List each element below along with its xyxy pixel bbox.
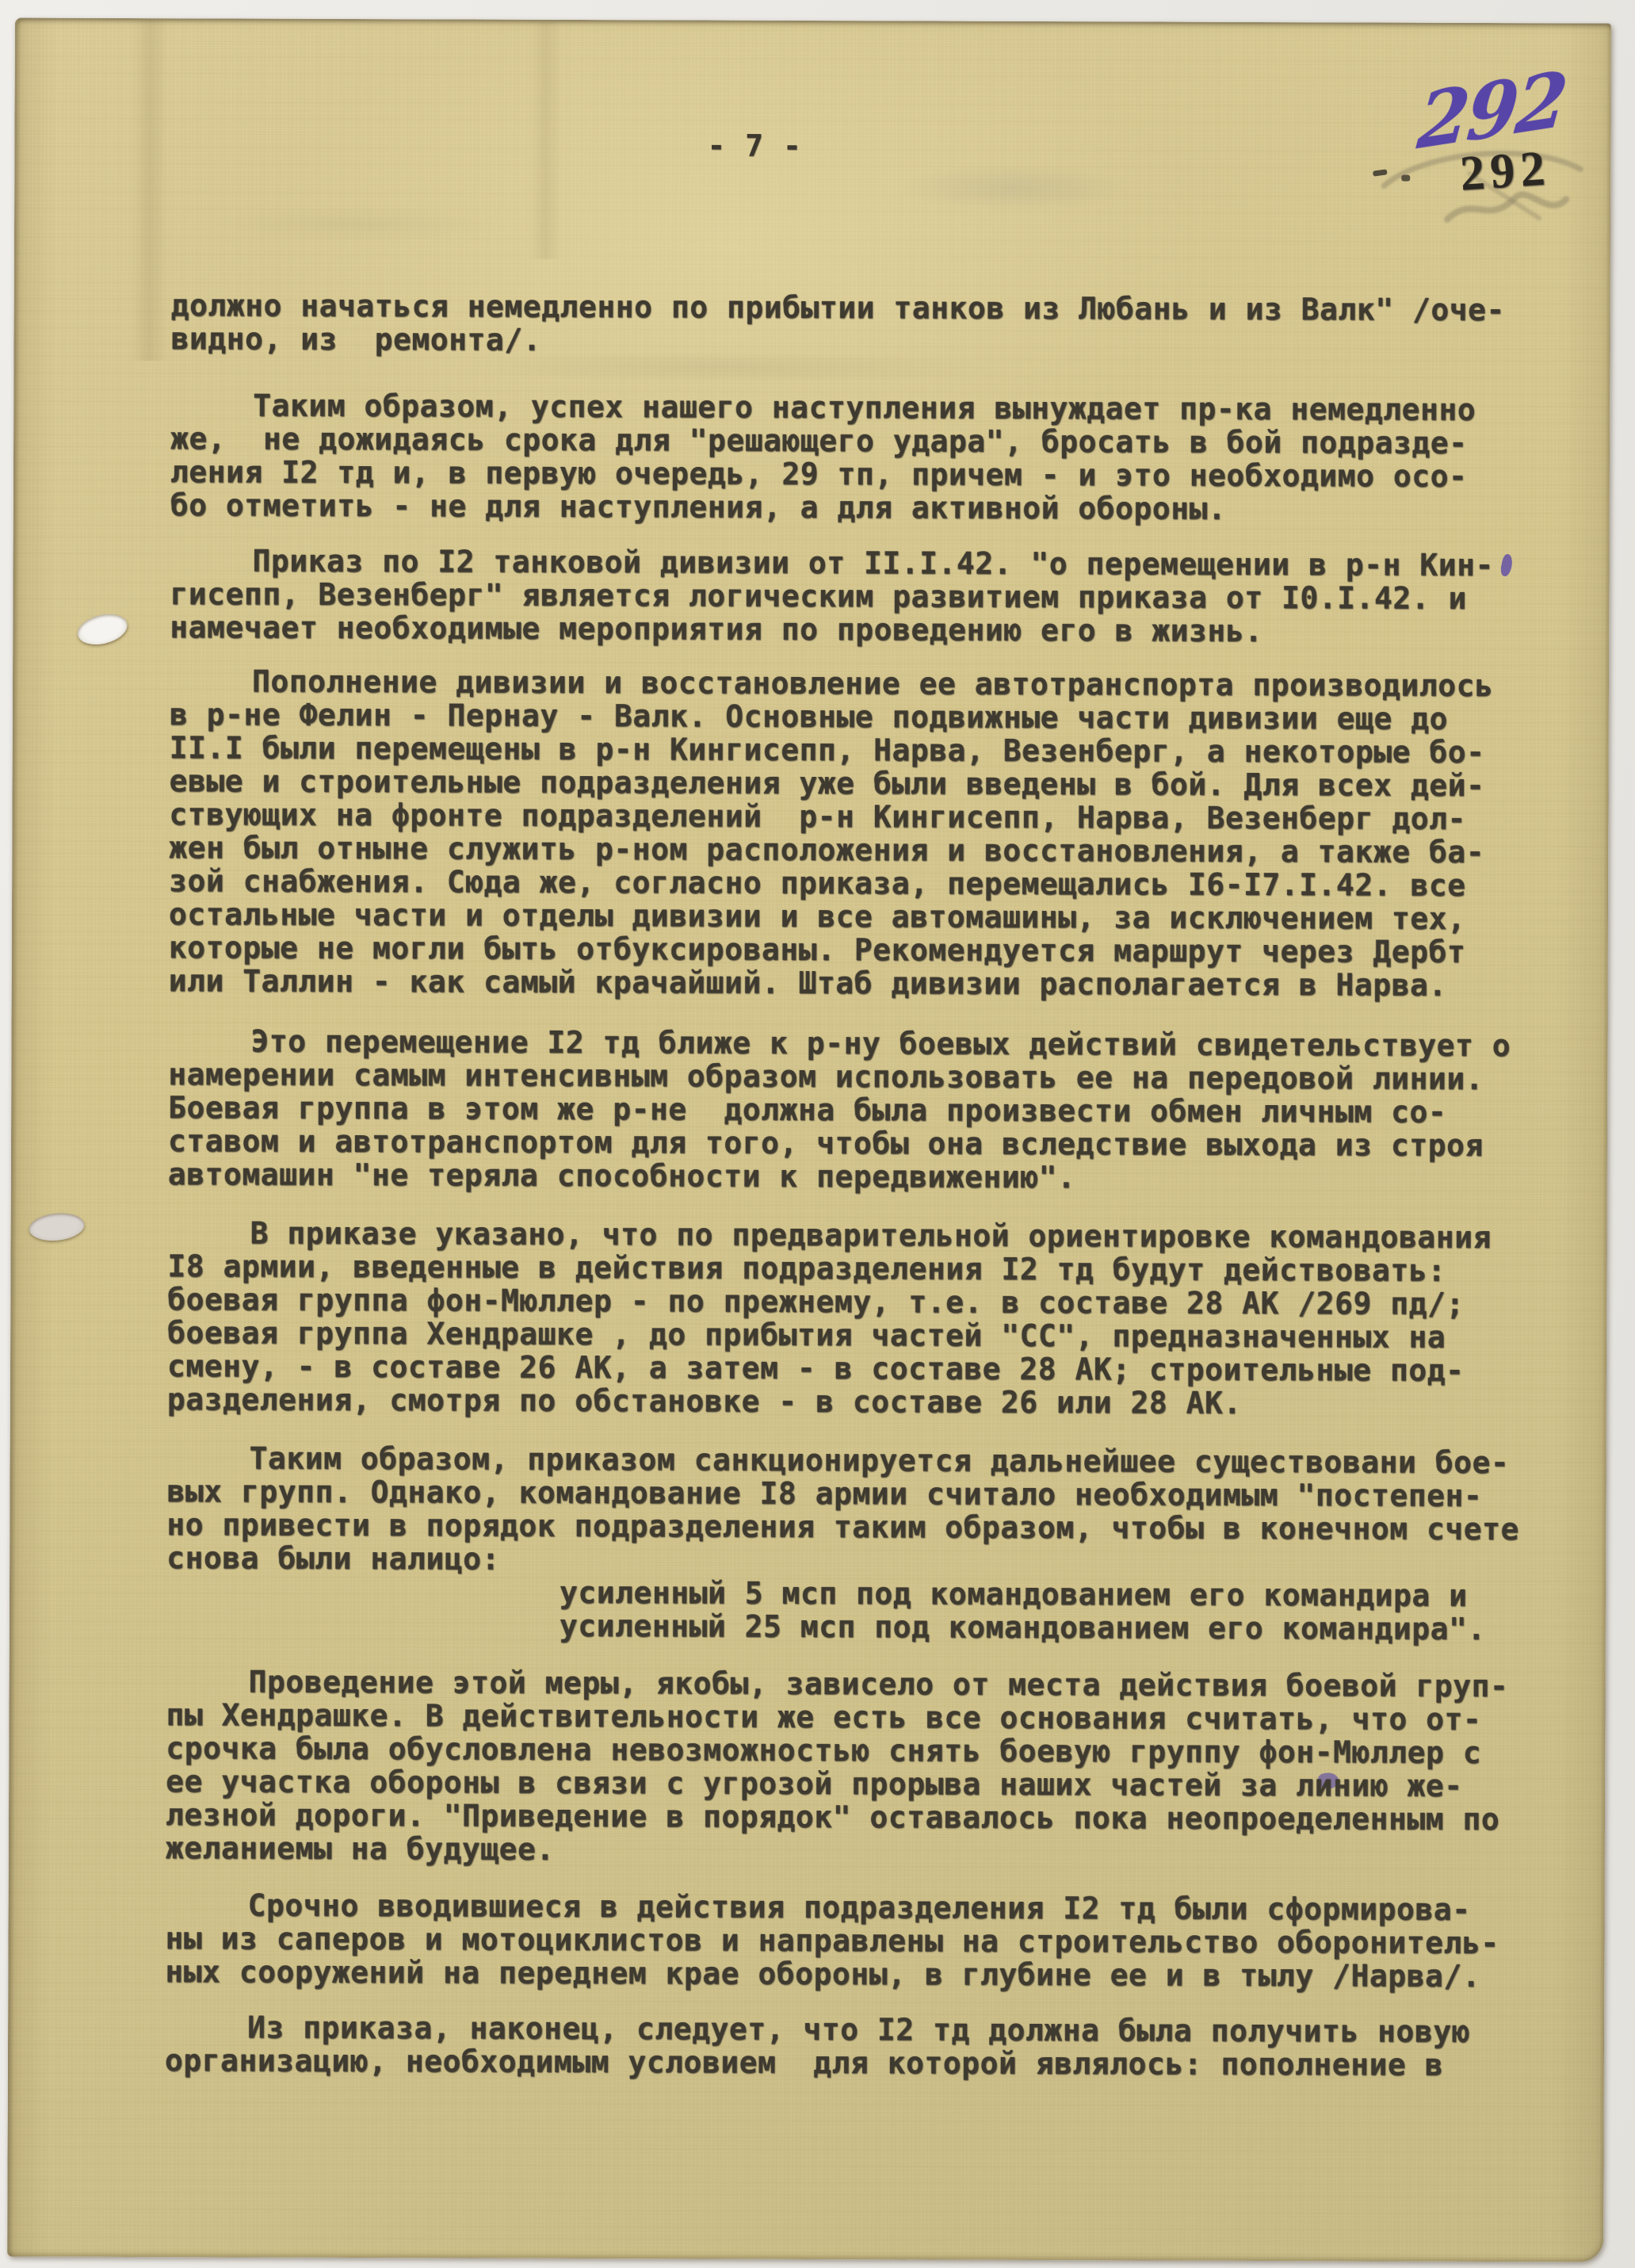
paragraph: Приказ по I2 танковой дивизии от II.I.42… [170,543,1572,648]
text-line: в р-не Фелин - Пернау - Валк. Основные п… [170,697,1572,735]
text-line: ны из саперов и мотоциклистов и направле… [165,1921,1568,1959]
text-line: жен был отныне служить р-ном расположени… [169,830,1572,868]
text-line: Боевая группа в этом же р-не должна была… [168,1090,1571,1128]
document-text: должно начаться немедленно по прибытии т… [172,20,1575,25]
paragraph: Таким образом, успех нашего наступления … [170,388,1574,526]
paragraph: Таким образом, приказом санкционируется … [166,1440,1570,1578]
text-line: ствующих на фронте подразделений р-н Кин… [169,797,1572,835]
text-line: Таким образом, приказом санкционируется … [167,1440,1570,1478]
ink-smudge [896,163,1133,212]
text-line: или Таллин - как самый крачайший. Штаб д… [169,963,1572,1001]
paragraph: Из приказа, наконец, следует, что I2 тд … [165,2010,1568,2081]
text-line: смену, - в составе 26 АК, а затем - в со… [167,1348,1570,1386]
text-line: евые и строительные подразделения уже бы… [170,763,1572,801]
text-line: гисепп, Везенберг" является логическим р… [170,576,1572,614]
paragraph: Проведение этой меры, якобы, зависело от… [166,1664,1569,1868]
text-line: Пополнение дивизии и восстановление ее а… [170,664,1572,702]
paragraph: Это перемещение I2 тд ближе к р-ну боевы… [168,1023,1572,1195]
text-line: Из приказа, наконец, следует, что I2 тд … [165,2010,1568,2048]
ink-smudge [214,206,499,242]
stamped-page-number: 292 [1458,140,1552,202]
text-line: же, не дожидаясь срока для "решающего уд… [170,421,1573,459]
text-line: Проведение этой меры, якобы, зависело от… [166,1664,1569,1702]
text-line: Это перемещение I2 тд ближе к р-ну боевы… [168,1023,1571,1061]
paragraph: Пополнение дивизии и восстановление ее а… [169,664,1572,1001]
text-line: I8 армии, введенные в действия подраздел… [167,1249,1570,1287]
text-line: остальные части и отделы дивизии и все а… [169,897,1572,935]
text-line: которые не могли быть отбуксированы. Рек… [169,930,1572,968]
text-line: боевая группа Хендрашке , до прибытия ча… [167,1315,1570,1353]
text-line: Срочно вводившиеся в действия подразделе… [166,1887,1568,1926]
text-line: В приказе указано, что по предварительно… [168,1215,1571,1253]
text-line: но привести в порядок подразделения таки… [166,1507,1569,1545]
text-line: ных сооружений на переднем крае обороны,… [165,1954,1568,1992]
text-line: ставом и автотранспортом для того, чтобы… [168,1123,1571,1161]
text-line: боевая группа фон-Мюллер - по прежнему, … [167,1282,1570,1320]
text-line: зой снабжения. Сюда же, согласно приказа… [169,863,1572,901]
text-line: ления I2 тд и, в первую очередь, 29 тп, … [170,454,1573,492]
page-number: - 7 - [707,128,802,162]
text-line: ее участка обороны в связи с угрозой про… [166,1764,1568,1802]
ink-dot-mark [1401,175,1410,182]
text-line: II.I были перемещены в р-н Кингисепп, На… [170,730,1572,768]
text-line: вых групп. Однако, командование I8 армии… [166,1474,1569,1512]
paragraph-inset-quote: усиленный 5 мсп под командованием его ко… [560,1575,1635,1646]
punch-hole-bottom [28,1210,86,1243]
paragraph: Срочно вводившиеся в действия подразделе… [165,1887,1568,1992]
paragraph: должно начаться немедленно по прибытии т… [170,288,1573,359]
document-page: - 7 - 292 292 должно начаться немедленно… [7,17,1611,2262]
paper-crease [131,20,169,361]
text-line: Таким образом, успех нашего наступления … [170,388,1573,426]
paragraph: В приказе указано, что по предварительно… [167,1215,1571,1420]
text-line: намерении самым интенсивным образом испо… [168,1057,1571,1095]
text-line: срочка была обусловлена невозможностью с… [166,1731,1568,1769]
paper-crease [529,21,562,259]
text-line: лезной дороги. "Приведение в порядок" ос… [166,1797,1568,1835]
text-line: пы Хендрашке. В действительности же есть… [166,1697,1568,1735]
text-line: Приказ по I2 танковой дивизии от II.I.42… [170,543,1572,581]
text-line: усиленный 5 мсп под командованием его ко… [560,1575,1635,1613]
punch-hole-top [74,610,131,649]
text-line: должно начаться немедленно по прибытии т… [171,288,1574,326]
text-line: организацию, необходимым условием для ко… [165,2043,1568,2081]
text-line: усиленный 25 мсп под командованием его к… [560,1608,1635,1646]
